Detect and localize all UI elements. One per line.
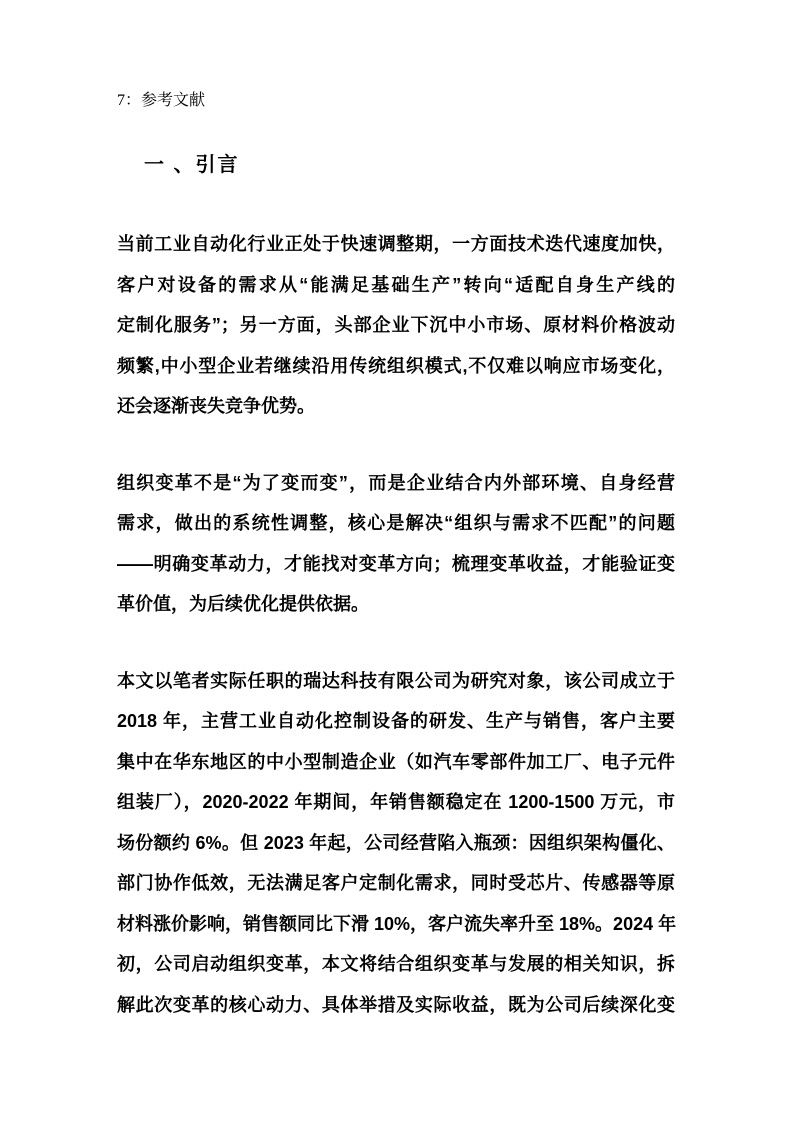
text-line: 2018 年，主营工业自动化控制设备的研发、生产与销售，客户主要 bbox=[117, 701, 675, 742]
text-line: 需求，做出的系统性调整，核心是解决“组织与需求不匹配”的问题 bbox=[117, 503, 675, 544]
reference-label: 7：参考文献 bbox=[117, 90, 675, 112]
text-line: 材料涨价影响，销售额同比下滑 10%，客户流失率升至 18%。2024 年 bbox=[117, 904, 675, 945]
text-line: 客户对设备的需求从“能满足基础生产”转向“适配自身生产线的 bbox=[117, 265, 675, 306]
paragraph: 本文以笔者实际任职的瑞达科技有限公司为研究对象，该公司成立于2018 年，主营工… bbox=[117, 661, 675, 1026]
body-paragraphs: 当前工业自动化行业正处于快速调整期，一方面技术迭代速度加快，客户对设备的需求从“… bbox=[117, 224, 675, 1061]
text-line: 组装厂），2020-2022 年期间，年销售额稳定在 1200-1500 万元，… bbox=[117, 782, 675, 823]
text-line: ——明确变革动力，才能找对变革方向；梳理变革收益，才能验证变 bbox=[117, 544, 675, 585]
text-line: 场份额约 6%。但 2023 年起，公司经营陷入瓶颈：因组织架构僵化、 bbox=[117, 823, 675, 864]
text-line: 集中在华东地区的中小型制造企业（如汽车零部件加工厂、电子元件 bbox=[117, 742, 675, 783]
text-line: 还会逐渐丧失竞争优势。 bbox=[117, 386, 675, 427]
text-line: 本文以笔者实际任职的瑞达科技有限公司为研究对象，该公司成立于 bbox=[117, 661, 675, 702]
text-line: 定制化服务”；另一方面，头部企业下沉中小市场、原材料价格波动 bbox=[117, 305, 675, 346]
text-line: 组织变革不是“为了变而变”，而是企业结合内外部环境、自身经营 bbox=[117, 463, 675, 504]
text-line: 当前工业自动化行业正处于快速调整期，一方面技术迭代速度加快， bbox=[117, 224, 675, 265]
paragraph: 当前工业自动化行业正处于快速调整期，一方面技术迭代速度加快，客户对设备的需求从“… bbox=[117, 224, 675, 427]
text-line: 解此次变革的核心动力、具体举措及实际收益，既为公司后续深化变 bbox=[117, 985, 675, 1026]
section-heading-introduction: 一 、引言 bbox=[117, 152, 675, 178]
text-line: 初，公司启动组织变革，本文将结合组织变革与发展的相关知识，拆 bbox=[117, 944, 675, 985]
text-line: 部门协作低效，无法满足客户定制化需求，同时受芯片、传感器等原 bbox=[117, 863, 675, 904]
text-line: 频繁,中小型企业若继续沿用传统组织模式,不仅难以响应市场变化， bbox=[117, 346, 675, 387]
document-page: 7：参考文献 一 、引言 当前工业自动化行业正处于快速调整期，一方面技术迭代速度… bbox=[0, 0, 793, 1122]
text-line: 革价值，为后续优化提供依据。 bbox=[117, 584, 675, 625]
paragraph: 组织变革不是“为了变而变”，而是企业结合内外部环境、自身经营需求，做出的系统性调… bbox=[117, 463, 675, 625]
